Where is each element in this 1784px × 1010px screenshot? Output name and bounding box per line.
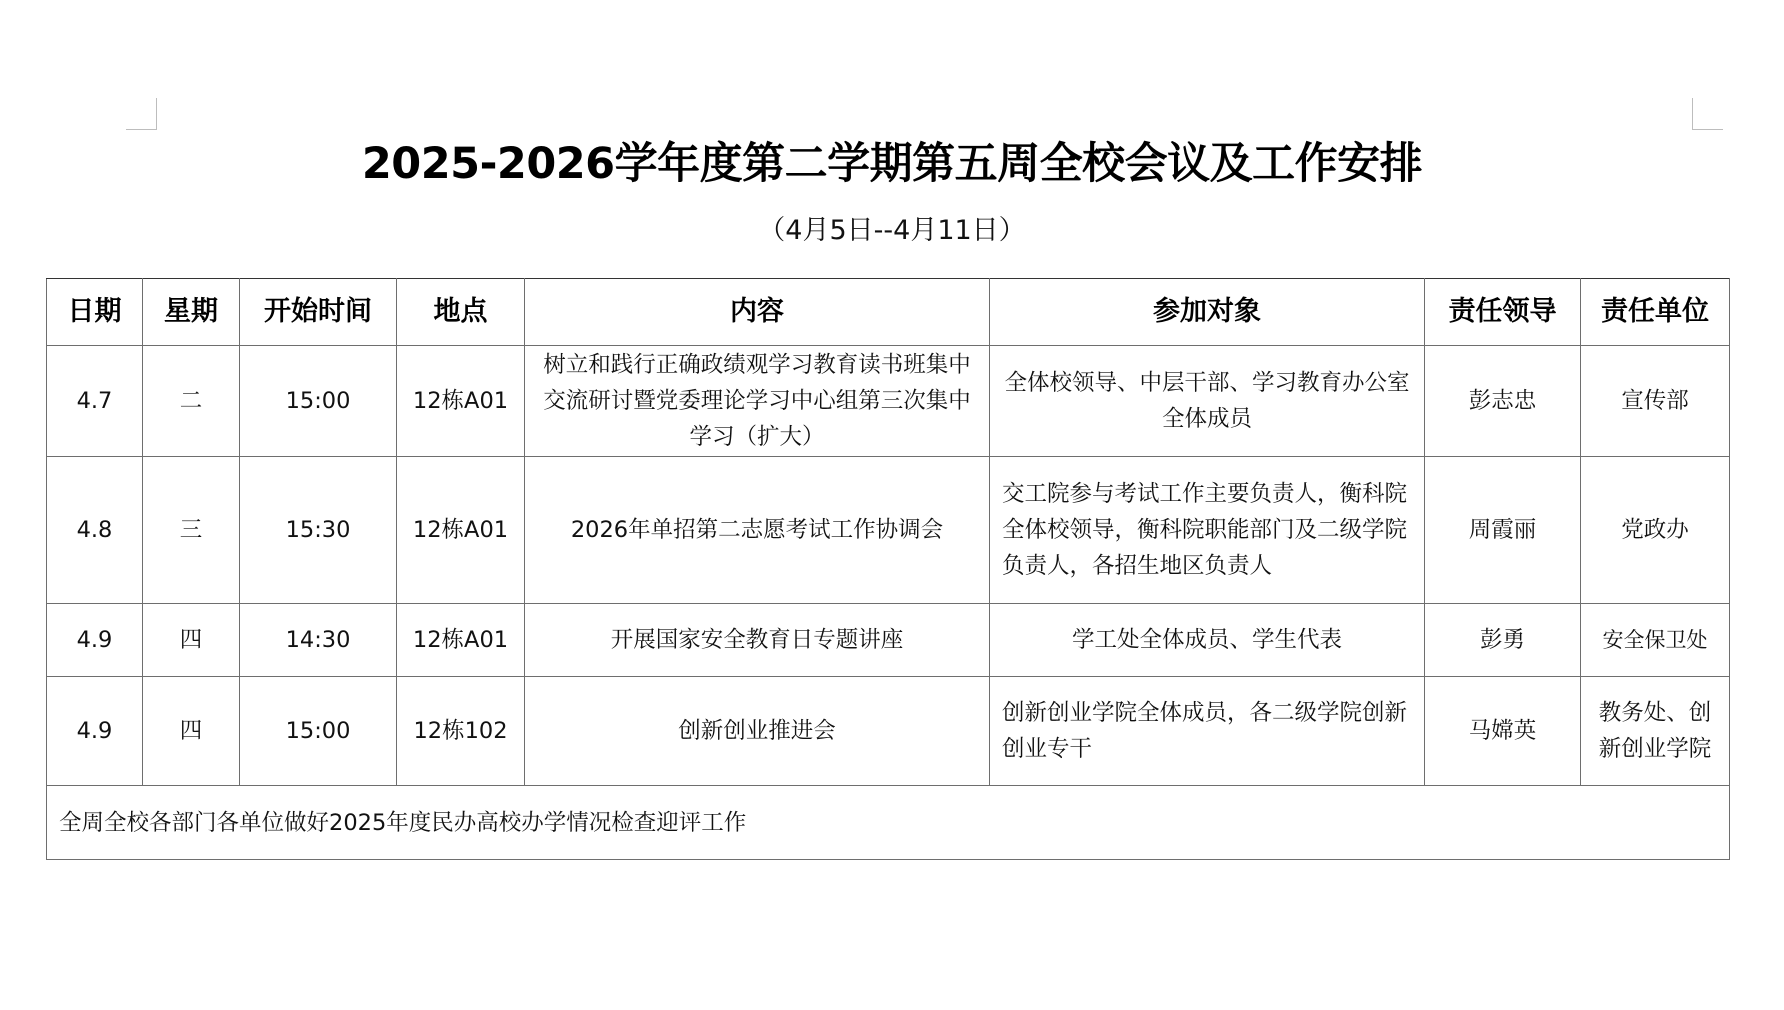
cell-weekday: 四 bbox=[143, 604, 240, 677]
header-date: 日期 bbox=[47, 279, 143, 346]
cell-weekday: 三 bbox=[143, 457, 240, 604]
cell-content: 2026年单招第二志愿考试工作协调会 bbox=[525, 457, 990, 604]
cell-attendees: 学工处全体成员、学生代表 bbox=[990, 604, 1425, 677]
cell-weekday: 二 bbox=[143, 346, 240, 457]
header-attendees: 参加对象 bbox=[990, 279, 1425, 346]
cell-location: 12栋A01 bbox=[397, 457, 525, 604]
table-header-row: 日期 星期 开始时间 地点 内容 参加对象 责任领导 责任单位 bbox=[47, 279, 1730, 346]
header-weekday: 星期 bbox=[143, 279, 240, 346]
table-row: 4.8 三 15:30 12栋A01 2026年单招第二志愿考试工作协调会 交工… bbox=[47, 457, 1730, 604]
cell-leader: 马嫦英 bbox=[1425, 677, 1581, 786]
weekly-note: 全周全校各部门各单位做好2025年度民办高校办学情况检查迎评工作 bbox=[47, 786, 1730, 860]
document-date-range: （4月5日--4月11日） bbox=[0, 212, 1784, 250]
header-start-time: 开始时间 bbox=[240, 279, 397, 346]
cell-attendees: 创新创业学院全体成员，各二级学院创新创业专干 bbox=[990, 677, 1425, 786]
cell-location: 12栋102 bbox=[397, 677, 525, 786]
cell-leader: 彭勇 bbox=[1425, 604, 1581, 677]
header-unit: 责任单位 bbox=[1581, 279, 1730, 346]
cell-content: 开展国家安全教育日专题讲座 bbox=[525, 604, 990, 677]
cell-leader: 彭志忠 bbox=[1425, 346, 1581, 457]
cell-start-time: 15:00 bbox=[240, 677, 397, 786]
table-row: 4.9 四 15:00 12栋102 创新创业推进会 创新创业学院全体成员，各二… bbox=[47, 677, 1730, 786]
table-note-row: 全周全校各部门各单位做好2025年度民办高校办学情况检查迎评工作 bbox=[47, 786, 1730, 860]
header-content: 内容 bbox=[525, 279, 990, 346]
cell-start-time: 15:00 bbox=[240, 346, 397, 457]
cell-weekday: 四 bbox=[143, 677, 240, 786]
table-row: 4.7 二 15:00 12栋A01 树立和践行正确政绩观学习教育读书班集中交流… bbox=[47, 346, 1730, 457]
header-location: 地点 bbox=[397, 279, 525, 346]
cell-unit: 安全保卫处 bbox=[1581, 604, 1730, 677]
cell-content: 创新创业推进会 bbox=[525, 677, 990, 786]
cell-unit: 宣传部 bbox=[1581, 346, 1730, 457]
cell-date: 4.7 bbox=[47, 346, 143, 457]
cell-start-time: 14:30 bbox=[240, 604, 397, 677]
cell-unit: 教务处、创新创业学院 bbox=[1581, 677, 1730, 786]
cell-start-time: 15:30 bbox=[240, 457, 397, 604]
cell-location: 12栋A01 bbox=[397, 346, 525, 457]
page-corner-mark-top-right bbox=[1692, 98, 1723, 130]
header-leader: 责任领导 bbox=[1425, 279, 1581, 346]
cell-attendees: 交工院参与考试工作主要负责人，衡科院全体校领导，衡科院职能部门及二级学院负责人，… bbox=[990, 457, 1425, 604]
cell-leader: 周霞丽 bbox=[1425, 457, 1581, 604]
cell-content: 树立和践行正确政绩观学习教育读书班集中交流研讨暨党委理论学习中心组第三次集中学习… bbox=[525, 346, 990, 457]
cell-date: 4.9 bbox=[47, 677, 143, 786]
cell-unit: 党政办 bbox=[1581, 457, 1730, 604]
cell-date: 4.9 bbox=[47, 604, 143, 677]
document-title: 2025-2026学年度第二学期第五周全校会议及工作安排 bbox=[0, 136, 1784, 192]
cell-attendees: 全体校领导、中层干部、学习教育办公室全体成员 bbox=[990, 346, 1425, 457]
schedule-table: 日期 星期 开始时间 地点 内容 参加对象 责任领导 责任单位 4.7 二 15… bbox=[46, 278, 1730, 860]
cell-location: 12栋A01 bbox=[397, 604, 525, 677]
page-corner-mark-top-left bbox=[126, 98, 157, 130]
cell-date: 4.8 bbox=[47, 457, 143, 604]
table-row: 4.9 四 14:30 12栋A01 开展国家安全教育日专题讲座 学工处全体成员… bbox=[47, 604, 1730, 677]
